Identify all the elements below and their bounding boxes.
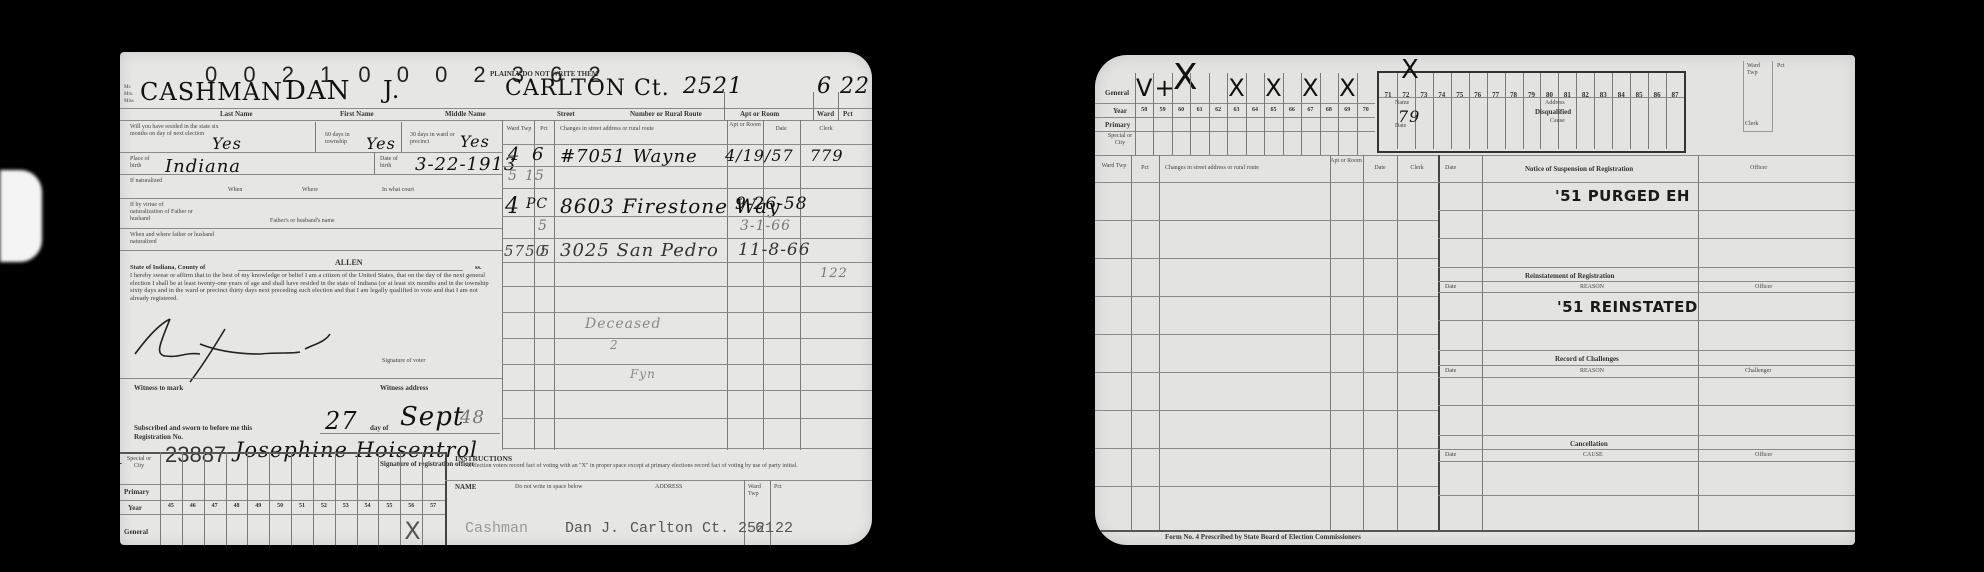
voter-signature [130,314,390,384]
year-cell-51: 51 [291,503,313,509]
changes-address-header: Changes in street address or rural route [560,126,654,133]
grid-divider [357,452,358,545]
grid-divider [1190,73,1191,155]
grid-divider [160,452,161,545]
number-label: Number or Rural Route [630,110,702,118]
box-date-value: 79 [1398,107,1420,126]
ward-value: 6 [817,74,832,99]
back-year-cell-69: 69 [1338,107,1356,113]
do-not-write-label: Do not write in space below [515,484,582,491]
address-column-label: ADDRESS [655,484,682,491]
row-divider [1095,486,1438,487]
back-voting-years-right: 7172737475767778798081828384858687 [1379,73,1684,149]
grid-row-general: General [124,528,148,536]
faint-note-deceased: Deceased [585,316,661,332]
registration-card-front: 0 0 2 1 0 0 0 2 3 6 2 PLAINLY DO NOT WRI… [120,52,872,545]
state-residence-question: Will you have resided in the state six m… [130,124,225,138]
back-year-cell-61: 61 [1190,107,1208,113]
middle-name-label: Middle Name [445,110,486,118]
challenges-challenger-label: Challenger [1745,368,1771,375]
back-grid-row-general: General [1105,89,1129,97]
year-cell-52: 52 [313,503,335,509]
typed-first-name: Dan J. [565,520,619,537]
oath-ss: ss. [475,264,482,272]
year-cell-57: 57 [422,503,444,509]
year-cell-45: 45 [160,503,182,509]
instructions-title: INSTRUCTIONS [455,455,512,463]
typed-last-name: Cashman [465,520,528,537]
voter-signature-label: Signature of voter [382,358,425,365]
naturalized-when-label: When [228,187,242,194]
reinstated-stamp: '51 REINSTATED [1557,298,1698,316]
back-changes-pct-header: Pct [1131,165,1159,172]
grid-divider [1209,73,1210,155]
back-year-cell-59: 59 [1153,107,1171,113]
change-row-1-ward: 4 [508,144,520,165]
back-year-cell-67: 67 [1301,107,1319,113]
back-grid-row-primary: Primary [1105,121,1130,129]
row-divider [1095,220,1438,221]
father-naturalization-label: If by virtue of naturalization of Father… [130,202,195,223]
back-year-cell-70: 70 [1357,107,1375,113]
grid-row-primary: Primary [124,488,149,496]
change-row-4-pct: 5 [538,218,548,234]
back-general-vote-mark-69: X [1339,73,1355,103]
change-row-2-ward: 5 [508,168,518,184]
back-general-vote-mark-58: V [1136,73,1152,103]
house-number-value: 2521 [683,74,743,99]
changes-date-header: Date [763,126,799,133]
naturalized-where-label: Where [302,187,318,194]
box-disqualified-label: Disqualified [1535,108,1571,116]
cancellation-title: Cancellation [1570,440,1608,448]
grid-divider [335,452,336,545]
naturalized-label: If naturalized [130,178,170,185]
row-divider [1095,372,1438,373]
back-year-cell-62: 62 [1209,107,1227,113]
subscribed-month: Sept [400,402,464,432]
back-changes-date-header: Date [1363,165,1397,172]
back-pct-label: Pct [1777,63,1785,70]
change-row-2-pct: 15 [525,168,545,184]
reinstatement-reason-label: REASON [1580,284,1604,291]
box-cause-label: Cause [1550,118,1565,125]
change-row-3-date: 9-26-58 [735,194,808,214]
grid-divider [1666,73,1667,149]
grid-divider [1487,73,1488,149]
grid-divider [1320,73,1321,155]
back-changes-apt-header: Apt or Room [1330,158,1362,165]
grid-divider [1505,73,1506,149]
grid-divider [1433,73,1434,149]
change-row-1-date: 4/19/57 [725,146,794,165]
registration-card-back: General Year Primary Special or City 58V… [1095,55,1855,545]
back-changes-address-header: Changes in street address or rural route [1165,165,1259,172]
grid-divider [226,452,227,545]
instructions-text: At election voters record fact of voting… [465,463,865,470]
challenges-title: Record of Challenges [1555,355,1619,363]
changes-pct-header: Pct [536,126,552,133]
cancellation-officer-label: Officer [1755,452,1772,459]
back-year-cell-64: 64 [1246,107,1264,113]
change-row-1-clerk: 779 [810,146,844,165]
change-row-3-pct: PC [526,196,548,212]
year-cell-54: 54 [357,503,379,509]
back-general-vote-mark-60: X [1173,63,1198,93]
middle-name-value: J. [383,76,400,104]
change-row-6-clerk: 122 [820,266,848,281]
subscribed-text: Subscribed and sworn to before me this [134,424,252,432]
purged-stamp: '51 PURGED EH [1555,187,1690,205]
father-name-label: Father's or husband's name [270,218,335,225]
grid-divider [313,452,314,545]
grid-divider [1630,73,1631,149]
ward-label: Ward [817,110,834,118]
row-divider [1095,334,1438,335]
suspension-date-label: Date [1445,165,1456,172]
year-cell-55: 55 [378,503,400,509]
changes-ward-header: Ward Twp [506,126,532,133]
change-row-5-date: 11-8-66 [738,240,811,260]
precinct-value: 22 [840,74,870,99]
grid-divider [378,452,379,545]
witness-label: Witness to mark [134,384,183,392]
back-ward-label: Ward Twp [1747,63,1767,77]
subscribed-day: 27 [325,407,358,435]
reinstatement-date-label: Date [1445,284,1456,291]
year-cell-50: 50 [269,503,291,509]
suspension-officer-label: Officer [1750,165,1767,172]
last-name-value: CASHMAN [140,78,283,106]
birth-date-label: Date of birth [380,156,410,170]
grid-divider [1648,73,1649,149]
back-general-vote-mark-67: X [1302,73,1318,103]
street-label: Street [557,110,575,118]
back-clerk-label: Clerk [1745,121,1758,128]
faint-note-3: Fyn [630,367,656,381]
title-prefixes: Mr. Mrs. Miss [124,84,136,105]
grid-row-special: Special or City [124,456,154,470]
suspension-title: Notice of Suspension of Registration [1525,165,1633,173]
grid-divider [1523,73,1524,149]
row-divider [1095,296,1438,297]
reinstatement-officer-label: Officer [1755,284,1772,291]
back-changes-clerk-header: Clerk [1397,165,1437,172]
grid-divider [1612,73,1613,149]
back-year-cell-63: 63 [1227,107,1245,113]
cancellation-cause-label: CAUSE [1583,452,1603,459]
township-answer: Yes [366,134,396,153]
precinct-answer: Yes [460,132,490,151]
grid-divider [1357,73,1358,155]
change-row-5-pct: 5 [540,242,551,260]
father-naturalized-when-label: When and where father or husband natural… [130,232,215,246]
oath-text: I hereby swear or affirm that to the bes… [130,272,490,302]
first-name-value: DAN [285,76,350,106]
change-row-4-date: 3-1-66 [740,218,791,234]
grid-divider [1594,73,1595,149]
row-divider [1095,258,1438,259]
typed-pct-label: Pct [774,484,782,491]
day-of-label: day of [370,424,388,432]
first-name-label: First Name [340,110,374,118]
apt-label: Apt or Room [740,110,779,118]
grid-divider [1246,73,1247,155]
changes-apt-header: Apt or Room [727,122,763,129]
typed-ward-label: Ward Twp [748,484,768,498]
typed-pct: 22 [775,520,793,537]
cancellation-date-label: Date [1445,452,1456,459]
back-grid-row-special: Special or City [1105,133,1135,147]
form-footer: Form No. 4 Prescribed by State Board of … [1165,533,1361,541]
back-changes-ward-header: Ward Twp [1101,163,1127,170]
birth-date-value: 3-22-1913 [415,154,516,175]
grid-divider [291,452,292,545]
subscribed-year: 48 [460,407,485,428]
back-year-cell-66: 66 [1283,107,1301,113]
challenges-date-label: Date [1445,368,1456,375]
year-cell-53: 53 [335,503,357,509]
change-row-1-address: #7051 Wayne [560,146,698,167]
box-mark-72: X [1401,55,1419,85]
back-change-rows [1095,182,1438,530]
change-row-5-address: 3025 San Pedro [560,240,719,261]
township-question: 60 days in township [325,132,370,146]
witness-address-label: Witness address [380,384,428,392]
back-voting-years-left: 58V59+60X616263X6465X6667X6869X70 [1135,73,1375,155]
year-cell-56: 56 [400,503,422,509]
change-row-1-pct: 6 [532,144,544,165]
grid-divider [1451,73,1452,149]
grid-row-year: Year [128,504,142,512]
reinstatement-title: Reinstatement of Registration [1525,272,1614,280]
challenges-reason-label: REASON [1580,368,1604,375]
grid-divider [182,452,183,545]
year-cell-49: 49 [247,503,269,509]
grid-divider [204,452,205,545]
row-divider [1095,448,1438,449]
row-divider [1095,410,1438,411]
county-value: ALLEN [335,259,363,267]
changes-clerk-header: Clerk [800,126,852,133]
grid-divider [247,452,248,545]
back-year-cell-68: 68 [1320,107,1338,113]
year-cell-47: 47 [204,503,226,509]
grid-divider [422,452,423,545]
street-value: CARLTON Ct. [505,76,670,101]
faint-note-2: 2 [610,338,619,352]
name-column-label: NAME [455,483,476,491]
back-year-cell-60: 60 [1172,107,1190,113]
year-cell-48: 48 [226,503,248,509]
state-residence-answer: Yes [212,134,242,153]
grid-divider [269,452,270,545]
birth-place-label: Place of birth [130,156,160,170]
back-general-vote-mark-65: X [1265,73,1281,103]
grid-divider [1469,73,1470,149]
back-year-cell-58: 58 [1135,107,1153,113]
last-name-label: Last Name [220,110,252,118]
typed-address: Carlton Ct. 2521 [630,520,774,537]
registration-letter: A [120,444,122,470]
registration-no-label: Registration No. [134,433,183,441]
grid-divider [1283,73,1284,155]
year-cell-46: 46 [182,503,204,509]
box-name-label: Name [1395,100,1409,107]
front-voting-years: 454647484950515253545556X57 [160,452,444,545]
back-year-cell-65: 65 [1264,107,1282,113]
back-grid-row-year: Year [1113,107,1127,115]
grid-divider [1576,73,1577,149]
naturalized-court-label: In what court [382,187,414,194]
back-general-vote-mark-63: X [1228,73,1244,103]
pct-label: Pct [843,110,853,118]
grid-divider [400,452,401,545]
oath-state-county: State of Indiana, County of [130,264,205,272]
box-address-label: Address [1545,100,1565,107]
general-vote-mark-56: X [404,516,420,545]
scan-artifact [0,170,42,262]
typed-ward: 6 [755,520,764,537]
